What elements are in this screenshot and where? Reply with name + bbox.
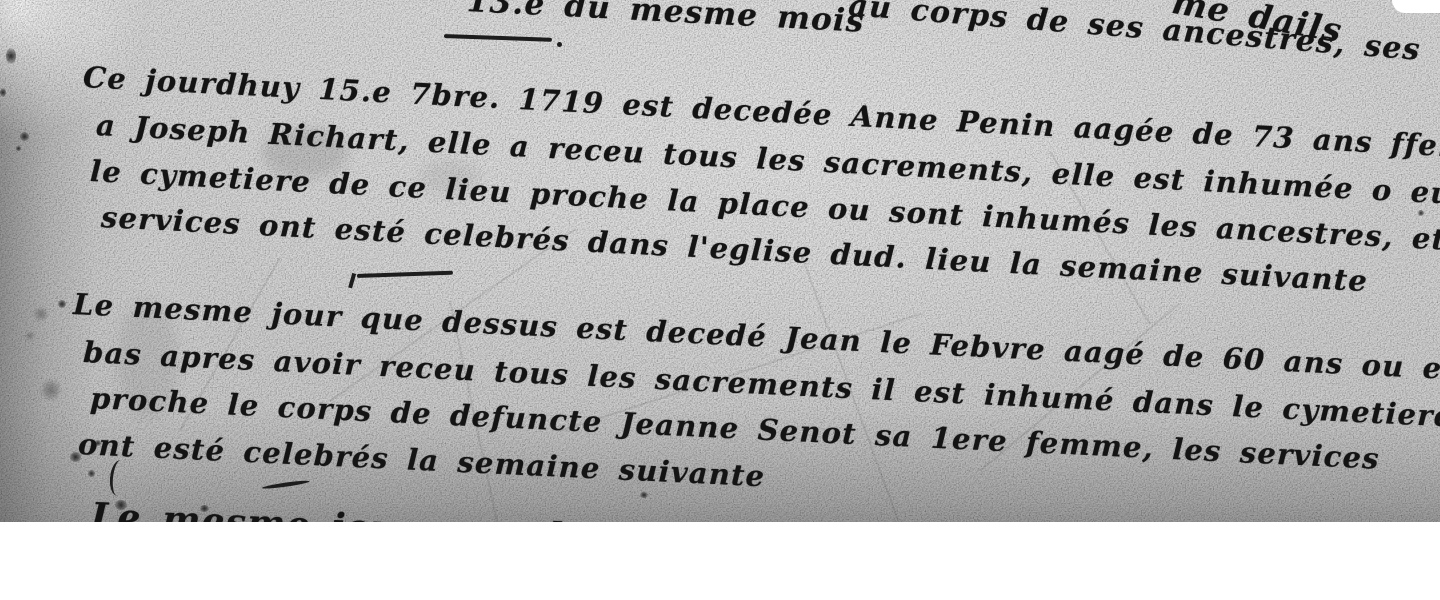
ink-blot — [88, 470, 95, 477]
manuscript-scan: 13.e du mesme mois au corps de ses ances… — [0, 0, 1440, 522]
ink-blot — [20, 132, 29, 141]
top-right-corner-overlay — [1392, 0, 1440, 13]
ink-blot — [42, 380, 60, 400]
page: 13.e du mesme mois au corps de ses ances… — [0, 0, 1440, 600]
ink-blot — [16, 146, 21, 151]
ink-blot — [58, 300, 66, 308]
page-background-strip — [0, 522, 1440, 600]
ink-blot — [0, 88, 6, 97]
ink-blot — [34, 308, 48, 320]
ink-blot — [6, 48, 16, 64]
ink-blot — [640, 492, 648, 498]
ink-dot — [557, 42, 562, 47]
ink-blot — [26, 332, 34, 340]
ink-blot — [1418, 210, 1424, 216]
